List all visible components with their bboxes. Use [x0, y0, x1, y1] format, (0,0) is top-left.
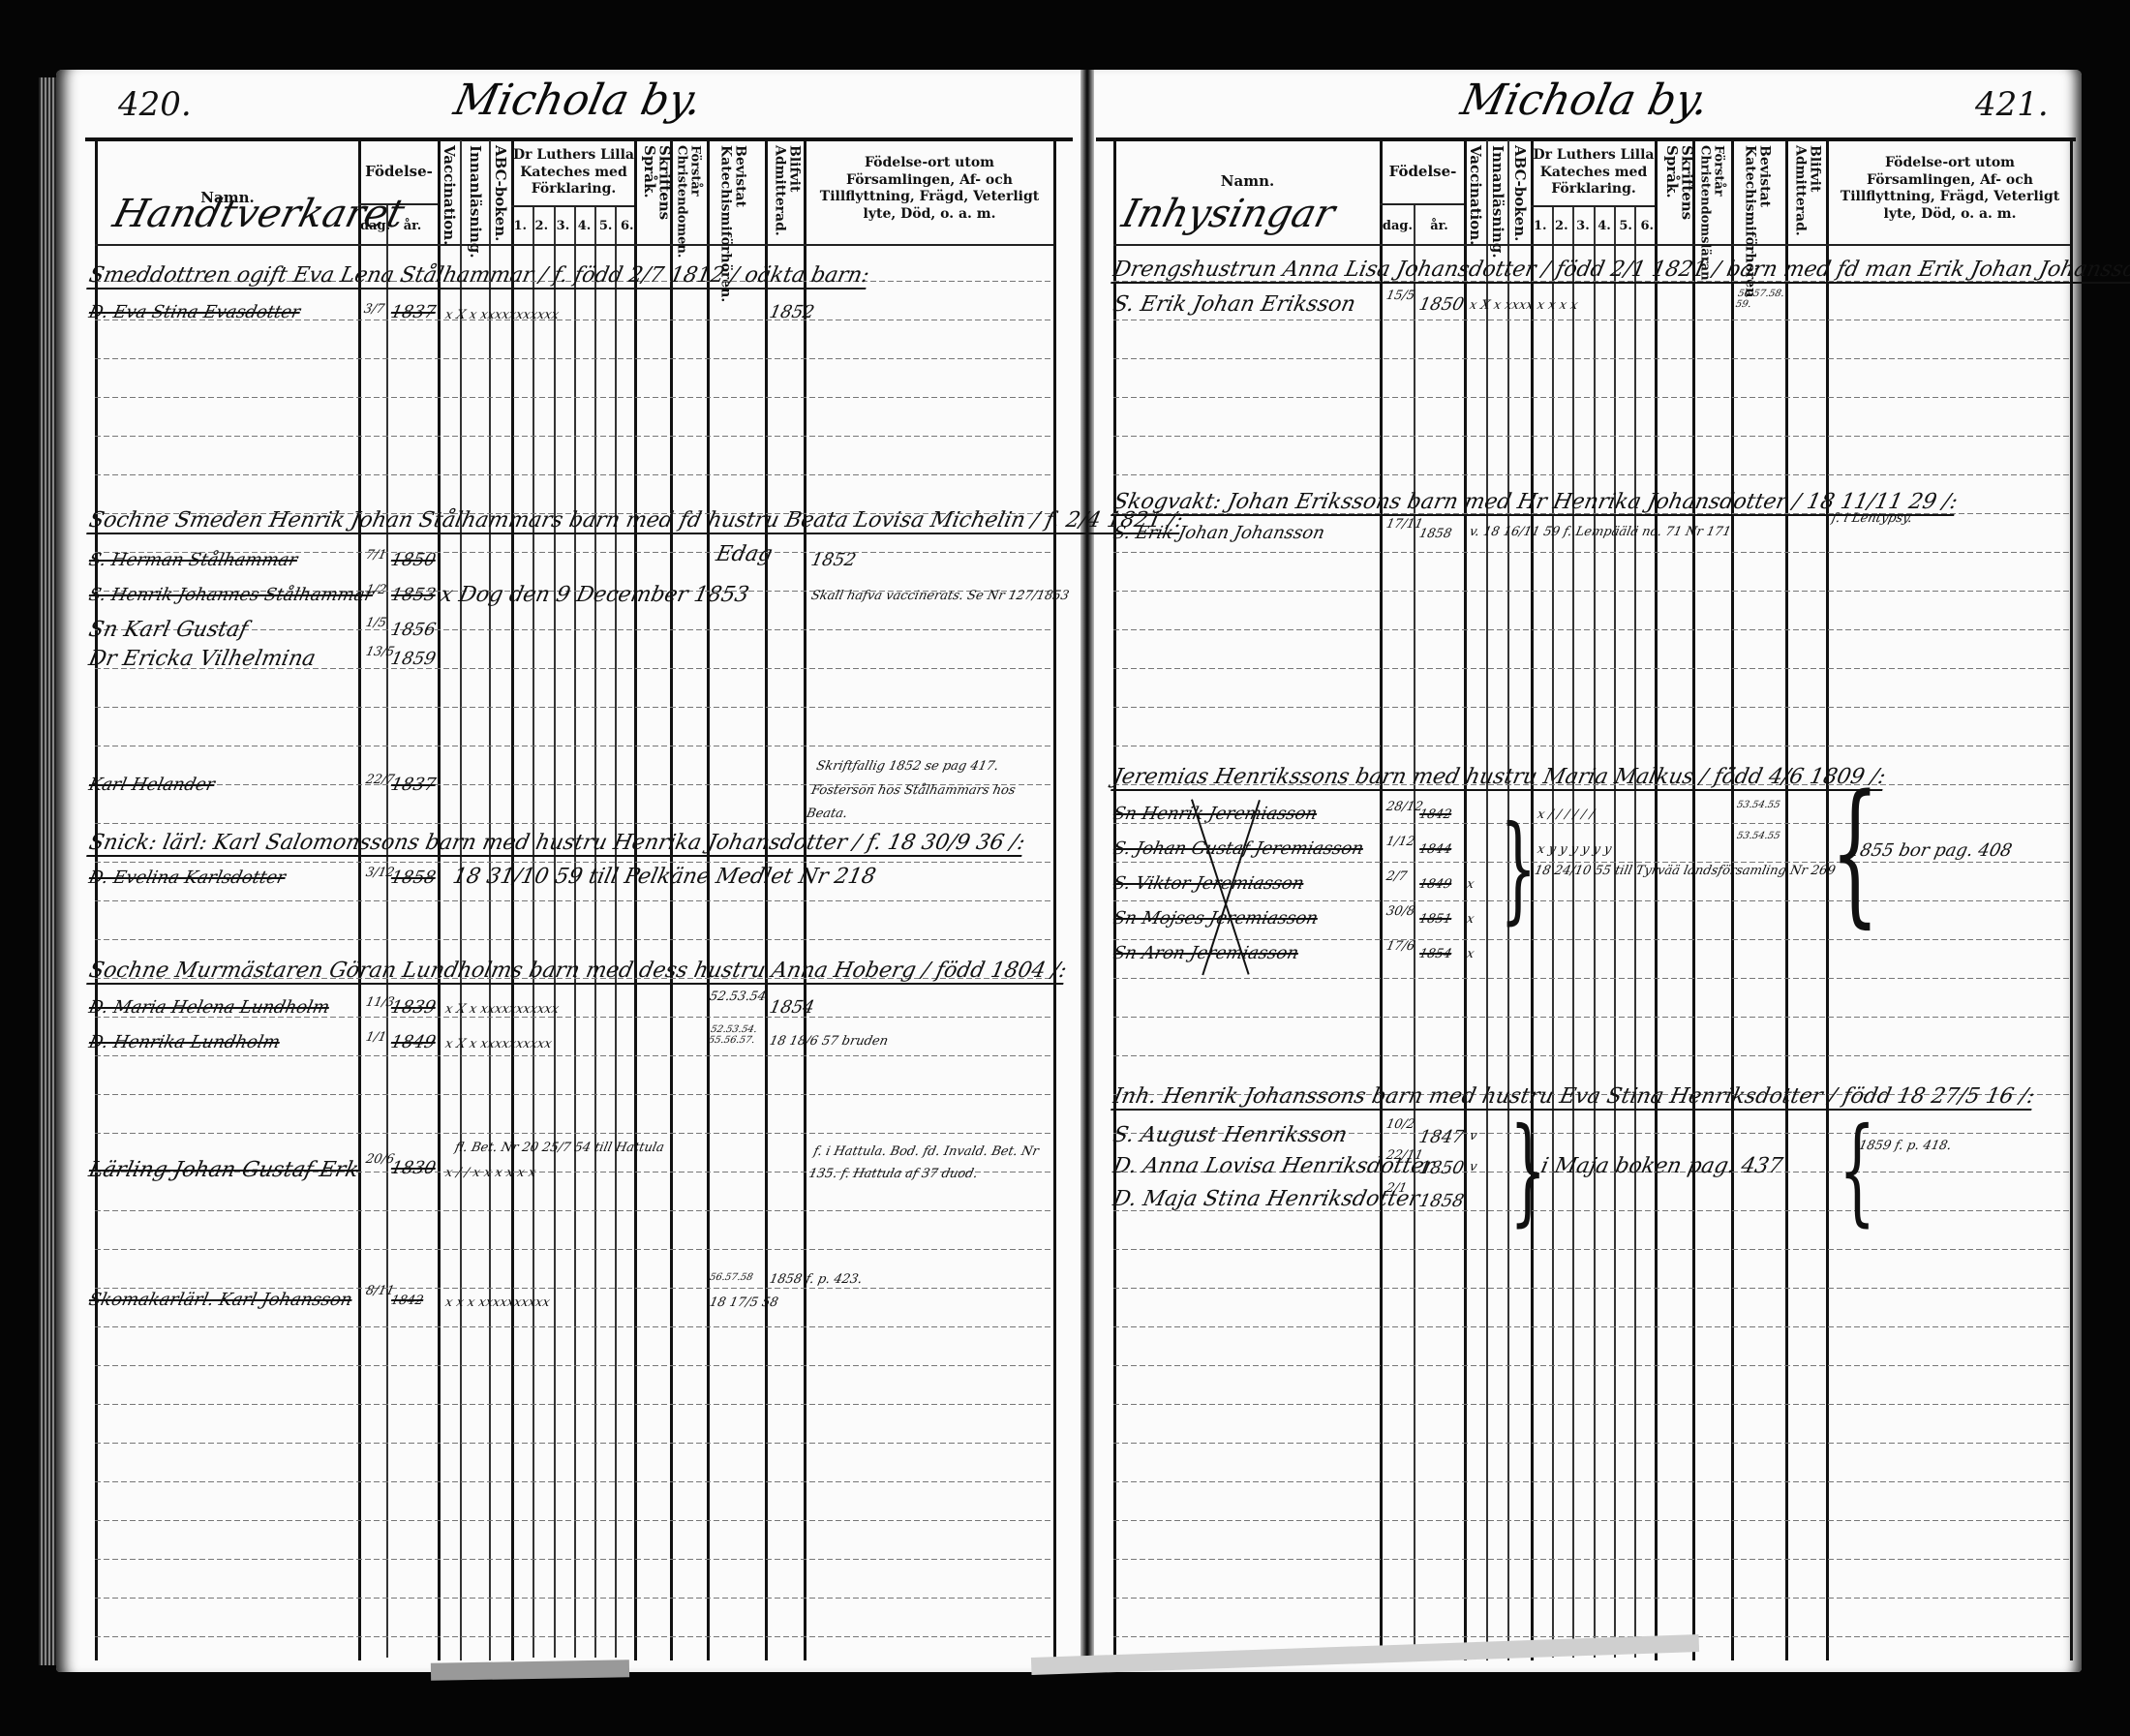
entry-exam: 52.53.54.	[708, 990, 771, 1004]
divider	[574, 205, 576, 1658]
rule	[95, 862, 1053, 863]
entry-admitted: 1854	[768, 997, 816, 1018]
entry-day: 17/6	[1384, 939, 1415, 954]
entry-day: 1/5	[364, 616, 387, 630]
entry-day: 2/7	[1384, 869, 1408, 884]
rule	[1113, 1017, 2070, 1018]
col-day-header: dag.	[1382, 219, 1414, 234]
entry-note: Skriftfallig 1852 se pag 417. Fosterson …	[804, 755, 1051, 827]
entry-note: f. i Lentypsy.	[1830, 511, 1913, 526]
rule	[1113, 358, 2070, 359]
entry-admitted: 1852	[768, 302, 816, 322]
rule	[95, 1559, 1053, 1560]
entry-admitted: 18 17/5 58	[708, 1295, 779, 1310]
part-2: 2.	[1555, 219, 1568, 233]
entry-year: 1837	[389, 302, 438, 322]
part-3: 3.	[1576, 219, 1590, 233]
rule	[1113, 1520, 2070, 1521]
entry-year: 1839	[389, 997, 438, 1018]
household-heading: Jeremias Henrikssons barn med hustru Mar…	[1111, 765, 1888, 791]
entry-year: 1850	[1417, 1158, 1466, 1178]
part-1: 1.	[513, 219, 527, 233]
group-note: i Maja boken pag. 437	[1538, 1154, 1784, 1178]
col-scripture-header: Skriftens Språk.	[641, 145, 672, 242]
entry-marks: v. 18 16/11 59 f. Lempäälä no. 71 Nr 171…	[1468, 525, 1736, 539]
rule	[95, 746, 1053, 746]
entry-death-note: x Dog den 9 December 1853	[438, 583, 750, 607]
rule	[95, 436, 1053, 437]
entry-year: 1847	[1417, 1127, 1466, 1147]
col-reading-header: Innanläsning.	[467, 145, 482, 242]
entry-name: Dr Ericka Vilhelmina	[86, 647, 318, 671]
entry-note: 18 31/10 59 till Pelkäne Medlet Nr 218	[450, 865, 877, 889]
entry-name: Lärling Johan Gustaf Erk	[86, 1158, 360, 1182]
entry-year: 1856	[389, 620, 438, 640]
col-catechism-header: Dr Luthers Lilla Kateches med Förklaring…	[1533, 147, 1655, 198]
header-divider	[1380, 203, 1464, 205]
rule	[95, 707, 1053, 708]
rule	[1113, 707, 2070, 708]
entry-year: 1830	[389, 1158, 438, 1178]
rule	[95, 1365, 1053, 1366]
rule	[1113, 668, 2070, 669]
entry-marks: x x x xxxxxxxxxx	[443, 1295, 551, 1310]
book-gutter	[1080, 70, 1094, 1672]
rule	[1113, 629, 2070, 630]
col-day-header: dag.	[360, 219, 386, 234]
col-year-header: år.	[1415, 219, 1464, 234]
entry-note: Edag	[714, 542, 775, 566]
rule	[1113, 900, 2070, 901]
rule	[1113, 320, 2070, 320]
col-admitted-header: Blifvit Admitterad.	[773, 145, 801, 242]
header-divider	[511, 205, 634, 207]
divider	[1414, 205, 1415, 1658]
header-bottom-rule	[1113, 244, 2070, 246]
entry-day: 22/11	[1384, 1148, 1424, 1163]
rule	[1113, 862, 2070, 863]
rule	[1113, 1559, 2070, 1560]
rule	[1113, 591, 2070, 592]
entry-year: 1854	[1417, 947, 1452, 961]
col-admitted-header: Blifvit Admitterad.	[1793, 145, 1821, 242]
rule	[95, 1598, 1053, 1599]
household-heading: Drengshustrun Anna Lisa Johansdotter / f…	[1111, 258, 2130, 284]
col-catechism-header: Dr Luthers Lilla Kateches med Förklaring…	[513, 147, 634, 198]
entry-name: D. Maria Helena Lundholm	[87, 997, 331, 1018]
entry-marks: x X x xxxxxxxxxxx	[443, 308, 560, 322]
col-understands-header: Förstår Christendomsläran.	[1698, 145, 1724, 242]
entry-day: 1/1	[364, 1030, 387, 1045]
left-page-number: 420.	[118, 85, 192, 124]
rule	[1113, 1326, 2070, 1327]
rule	[1113, 397, 2070, 398]
entry-year: 1858	[1417, 527, 1452, 541]
rule	[95, 939, 1053, 940]
entry-day: 7/1	[364, 548, 387, 563]
rule	[1113, 474, 2070, 475]
rule	[95, 1636, 1053, 1637]
rule	[1113, 1481, 2070, 1482]
col-understands-header: Förstår Christendomen.	[675, 145, 701, 242]
col-catechism-parts: 1. 2. 3. 4. 5. 6.	[1533, 219, 1655, 234]
entry-name: Sn Karl Gustaf	[86, 618, 250, 642]
rule	[95, 1481, 1053, 1482]
rule	[95, 1133, 1053, 1134]
divider	[2070, 140, 2073, 1660]
part-4: 4.	[1597, 219, 1611, 233]
entry-name: S. Henrik Johannes Stålhammar	[87, 585, 376, 605]
entry-note: 1855 bor pag. 408	[1847, 840, 2014, 861]
entry-admitted: 18 18/6 57 bruden	[768, 1034, 889, 1049]
entry-marks: x X x xxxxxxxxxxx	[443, 1002, 560, 1017]
household-heading: Smeddottren ogift Eva Lena Stålhammar / …	[86, 263, 871, 289]
entry-year: 1858	[389, 868, 438, 888]
rule	[1113, 436, 2070, 437]
part-1: 1.	[1534, 219, 1547, 233]
entry-name: S. Viktor Jeremiasson	[1111, 873, 1306, 894]
household-heading: Sochne Murmästaren Göran Lundholms barn …	[86, 959, 1069, 985]
entry-year: 1844	[1417, 842, 1452, 857]
entry-name: S. Herman Stålhammar	[87, 550, 300, 570]
divider	[1614, 205, 1616, 1658]
entry-exam: 52.53.54. 55.56.57.	[708, 1024, 766, 1046]
entry-year: 1853	[389, 585, 438, 605]
entry-note: 1858 f. p. 423.	[768, 1272, 864, 1287]
divider	[594, 205, 596, 1658]
brace-bracket: {	[1839, 1113, 1875, 1230]
brace-bracket: }	[1500, 811, 1537, 928]
entry-exam: 56.57.58	[709, 1272, 754, 1283]
entry-name: S. Erik Johan Eriksson	[1111, 292, 1357, 317]
entry-name: S. Johan Gustaf Jeremiasson	[1111, 838, 1365, 859]
household-heading: Snick: lärl: Karl Salomonssons barn med …	[86, 831, 1027, 857]
entry-name: D. Evelina Karlsdotter	[87, 868, 288, 888]
rule	[95, 358, 1053, 359]
rule	[1113, 1055, 2070, 1056]
part-6: 6.	[621, 219, 634, 233]
rule	[95, 1404, 1053, 1405]
divider	[1572, 205, 1574, 1658]
rule	[95, 1210, 1053, 1211]
entry-extra: fl. Bet. Nr 20 25/7 54 till Hattula	[453, 1141, 665, 1155]
entry-day: 15/5	[1384, 289, 1415, 303]
part-3: 3.	[557, 219, 570, 233]
rule	[1113, 978, 2070, 979]
entry-name: D. Maja Stina Henriksdotter	[1111, 1187, 1421, 1211]
divider	[1552, 205, 1554, 1658]
rule	[1113, 1249, 2070, 1250]
entry-marks: x X x xxxx x x x x	[1468, 298, 1579, 313]
left-village-title: Michola by.	[450, 76, 707, 125]
entry-year: 1837	[389, 775, 438, 795]
entry-note: Skall hafva vaccinerats. Se Nr 127/1853	[809, 589, 1070, 603]
rule	[95, 1326, 1053, 1327]
divider	[1053, 140, 1056, 1660]
entry-exam: 56.57.58. 59.	[1735, 289, 1783, 310]
entry-year: 1849	[1417, 877, 1452, 892]
col-year-header: år.	[387, 219, 438, 234]
col-notes-header: Födelse-ort utom Församlingen, Af- och T…	[813, 155, 1046, 223]
part-2: 2.	[535, 219, 549, 233]
rule	[95, 1055, 1053, 1056]
rule	[95, 474, 1053, 475]
divider	[1634, 205, 1636, 1658]
entry-name: Sn Mojses Jeremiasson	[1111, 908, 1320, 929]
household-heading: Sochne Smeden Henrik Johan Stålhammars b…	[86, 508, 1185, 534]
entry-name: Skomakarlärl. Karl Johansson	[87, 1290, 354, 1310]
part-5: 5.	[599, 219, 613, 233]
col-reading-header: Innanläsning.	[1489, 145, 1505, 242]
right-section-title: Inhysingar	[1117, 192, 1339, 236]
col-exam-header: Bevistat Katechismiförhören.	[718, 145, 746, 242]
col-exam-header: Bevistat Katechismiförhören	[1743, 145, 1771, 242]
col-notes-header: Födelse-ort utom Församlingen, Af- och T…	[1832, 155, 2068, 223]
right-village-title: Michola by.	[1457, 76, 1714, 125]
left-header-rule	[85, 137, 1073, 141]
rule	[1113, 746, 2070, 746]
entry-day: 17/11	[1384, 517, 1424, 532]
entry-name: Karl Helander	[87, 775, 217, 795]
rule	[95, 1520, 1053, 1521]
part-6: 6.	[1640, 219, 1654, 233]
part-5: 5.	[1619, 219, 1632, 233]
divider	[554, 205, 556, 1658]
rule	[1113, 1598, 2070, 1599]
entry-marks: x X x xxxxxxxxxx	[443, 1037, 553, 1051]
entry-exam: 53.54.55	[1736, 800, 1781, 810]
divider	[386, 205, 388, 1658]
entry-name: S. August Henriksson	[1111, 1123, 1349, 1147]
col-vaccination-header: Vaccination.	[1467, 145, 1482, 242]
entry-name: Sn Henrik Jeremiasson	[1111, 804, 1320, 824]
entry-marks: x / / / / / /	[1536, 807, 1596, 822]
paper-slip	[431, 1660, 629, 1681]
rule	[1113, 939, 2070, 940]
rule	[95, 1249, 1053, 1250]
col-birth-header: Födelse-	[1382, 163, 1464, 181]
entry-name: D. Eva Stina Evasdotter	[87, 302, 302, 322]
entry-day: 30/8	[1384, 904, 1415, 919]
entry-day: 2/1	[1384, 1181, 1408, 1196]
entry-exam: 53.54.55	[1736, 831, 1781, 841]
entry-admitted: 1852	[809, 550, 858, 570]
rule	[1113, 1365, 2070, 1366]
entry-year: 1849	[389, 1032, 438, 1052]
rule	[95, 1443, 1053, 1444]
header-divider	[1531, 205, 1655, 207]
rule	[95, 1094, 1053, 1095]
rule	[1113, 1288, 2070, 1289]
entry-day: 10/2	[1384, 1117, 1415, 1132]
header-bottom-rule	[95, 244, 1053, 246]
entry-day: 1/2	[364, 583, 387, 597]
entry-year: 1850	[1417, 294, 1466, 315]
household-heading: Inh. Henrik Johanssons barn med hustru E…	[1111, 1084, 2037, 1111]
col-catechism-parts: 1. 2. 3. 4. 5. 6.	[513, 219, 634, 234]
rule	[95, 397, 1053, 398]
entry-year: 1842	[1417, 807, 1452, 822]
entry-marks: x y y y y y y	[1536, 842, 1612, 857]
col-name-header: Namn.	[1115, 172, 1380, 191]
col-scripture-header: Skriftens Språk.	[1663, 145, 1694, 242]
right-header-rule	[1096, 137, 2076, 141]
col-vaccination-header: Vaccination.	[441, 145, 456, 242]
book-page-edges	[39, 77, 58, 1665]
entry-note: f. i Hattula. Bod. fd. Invald. Bet. Nr 1…	[806, 1141, 1053, 1186]
entry-name: S. Erik Johan Johansson	[1111, 523, 1326, 543]
entry-note: 1859 f. p. 418.	[1857, 1139, 1953, 1153]
part-4: 4.	[578, 219, 592, 233]
rule	[1113, 1404, 2070, 1405]
divider	[532, 205, 534, 1658]
rule	[1113, 1443, 2070, 1444]
rule	[1113, 552, 2070, 553]
col-birth-header: Födelse-	[360, 163, 438, 181]
entry-year: 1842	[389, 1294, 424, 1308]
entry-day: 3/7	[362, 302, 385, 317]
entry-marks: x / / x x x x x x	[443, 1166, 536, 1180]
entry-year: 1851	[1417, 912, 1452, 927]
entry-year: 1858	[1417, 1191, 1466, 1211]
entry-year: 1859	[389, 649, 438, 669]
rule	[95, 1288, 1053, 1289]
group-note: 18 24/10 55 till Tyrvää landsförsamling …	[1533, 864, 1837, 878]
divider	[615, 205, 617, 1658]
entry-year: 1850	[389, 550, 438, 570]
entry-name: D. Henrika Lundholm	[87, 1032, 282, 1052]
entry-day: 28/12	[1384, 800, 1424, 814]
divider	[1594, 205, 1596, 1658]
col-abc-header: ABC-boken.	[492, 145, 507, 242]
col-abc-header: ABC-boken.	[1511, 145, 1527, 242]
right-page-number: 421.	[1975, 85, 2049, 124]
entry-day: 1/12	[1384, 835, 1415, 849]
rule	[95, 900, 1053, 901]
